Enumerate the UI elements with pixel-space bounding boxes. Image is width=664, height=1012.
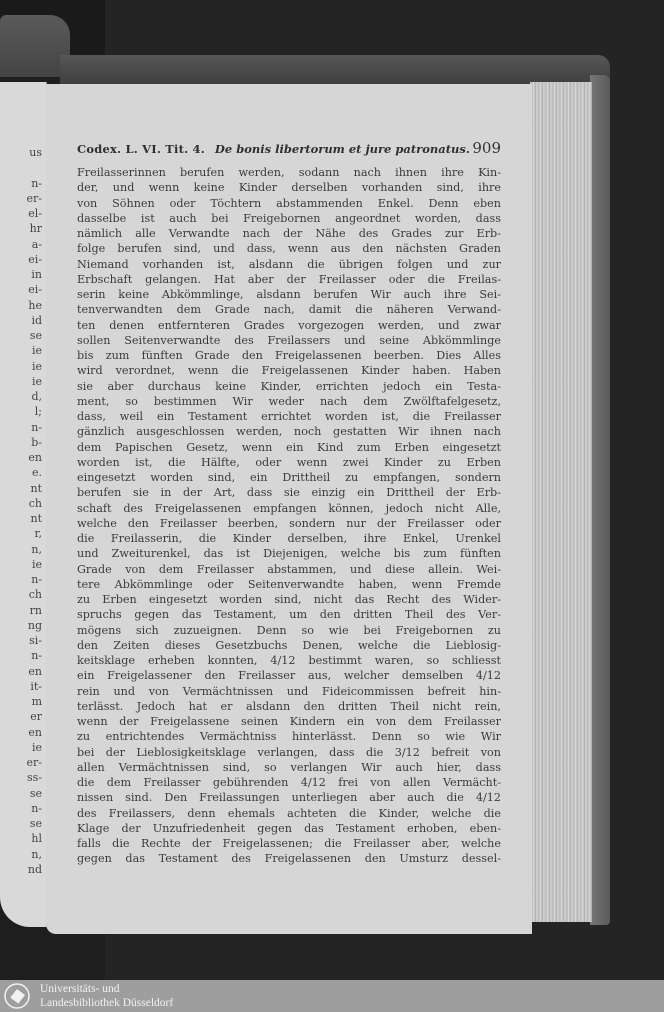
text-line: dem Papischen Gesetz, wenn ein Kind zum … xyxy=(77,440,501,455)
text-line: worden ist, die Hälfte, oder wenn zwei K… xyxy=(77,455,501,470)
text-line: bei der Lieblosigkeitsklage verlangen, d… xyxy=(77,745,501,760)
text-line: die Freilasserin, die Kinder derselben, … xyxy=(77,531,501,546)
text-line: schaft des Freigelassenen empfangen könn… xyxy=(77,501,501,516)
text-line: allen Vermächtnissen sind, so verlangen … xyxy=(77,760,501,775)
text-line: der, und wenn keine Kinder derselben vor… xyxy=(77,180,501,195)
text-line: die dem Freilasser gebührenden 4/12 frei… xyxy=(77,775,501,790)
library-name: Universitäts- und Landesbibliothek Düsse… xyxy=(40,982,173,1010)
text-line: spruchs gegen das Testament, um den drit… xyxy=(77,607,501,622)
text-line: sollen Seitenverwandte des Freilassers u… xyxy=(77,333,501,348)
text-line: wird verordnet, wenn die Freigelassenen … xyxy=(77,363,501,378)
text-line: terlässt. Jedoch hat er alsdann den drit… xyxy=(77,699,501,714)
text-line: den Zeiten dieses Gesetzbuchs Denen, wel… xyxy=(77,638,501,653)
text-line: folge berufen sind, und dass, wenn aus d… xyxy=(77,241,501,256)
text-line: Grade von dem Freilasser abstammen, und … xyxy=(77,562,501,577)
text-line: serin keine Abkömmlinge, alsdann berufen… xyxy=(77,287,501,302)
text-line: zu entrichtendes Vermächtniss hinterläss… xyxy=(77,729,501,744)
left-page-fragment: us xyxy=(29,144,42,161)
text-line: des Freilassers, denn ehemals achteten d… xyxy=(77,806,501,821)
text-line: Freilasserinnen berufen werden, sodann n… xyxy=(77,165,501,180)
text-line: keitsklage erheben konnten, 4/12 bestimm… xyxy=(77,653,501,668)
text-line: mögens sich zuzueignen. Denn so wie bei … xyxy=(77,623,501,638)
text-line: berufen sie in der Art, dass sie einzig … xyxy=(77,485,501,500)
text-line: sie aber durchaus keine Kinder, errichte… xyxy=(77,379,501,394)
text-line: welche den Freilasser beerben, sondern n… xyxy=(77,516,501,531)
library-name-line2: Landesbibliothek Düsseldorf xyxy=(40,996,173,1010)
text-line: nissen sind. Den Freilassungen unterlieg… xyxy=(77,790,501,805)
book-cover-right xyxy=(590,75,610,925)
text-line: ein Freigelassener den Freilasser aus, w… xyxy=(77,668,501,683)
book-icon xyxy=(4,983,30,1009)
right-page: Codex. L. VI. Tit. 4. De bonis libertoru… xyxy=(46,84,532,934)
text-line: Erbschaft gelangen. Hat aber der Freilas… xyxy=(77,272,501,287)
page-number: 909 xyxy=(472,139,501,157)
left-page-edge: usn-er-el-hra-ei-inei-heidseieieied,l;n-… xyxy=(0,82,47,927)
text-line: zu Erben eingesetzt worden sind, nicht d… xyxy=(77,592,501,607)
text-line: tere Abkömmlinge oder Seitenverwandte ha… xyxy=(77,577,501,592)
body-text: Freilasserinnen berufen werden, sodann n… xyxy=(77,165,501,867)
text-line: nämlich alle Verwandte nach der Nähe des… xyxy=(77,226,501,241)
book-cover-top xyxy=(60,55,610,85)
text-line: und Zweiturenkel, das ist Diejenigen, we… xyxy=(77,546,501,561)
running-head-title: De bonis libertorum et jure patronatus. xyxy=(215,142,470,156)
text-line: dasselbe ist auch bei Freigebornen angeo… xyxy=(77,211,501,226)
text-line: Niemand vorhanden ist, alsdann die übrig… xyxy=(77,257,501,272)
page-edges xyxy=(530,82,592,922)
text-line: ment, so bestimmen Wir weder nach dem Zw… xyxy=(77,394,501,409)
library-name-line1: Universitäts- und xyxy=(40,982,173,996)
text-line: gänzlich ausgeschlossen werden, noch ges… xyxy=(77,424,501,439)
text-line: bis zum fünften Grade den Freigelassenen… xyxy=(77,348,501,363)
running-head: Codex. L. VI. Tit. 4. De bonis libertoru… xyxy=(77,139,501,157)
text-line: rein und von Vermächtnissen und Fideicom… xyxy=(77,684,501,699)
text-line: ten denen entfernteren Grades vorgezogen… xyxy=(77,318,501,333)
text-line: dass, weil ein Testament errichtet worde… xyxy=(77,409,501,424)
text-line: falls die Rechte der Freigelassenen; die… xyxy=(77,836,501,851)
running-head-left: Codex. L. VI. Tit. 4. xyxy=(77,142,205,156)
left-page-fragment: nd xyxy=(28,861,42,878)
footer-banner: Universitäts- und Landesbibliothek Düsse… xyxy=(0,980,664,1012)
text-line: Klage der Unzufriedenheit gegen das Test… xyxy=(77,821,501,836)
text-line: tenverwandten dem Grade nach, damit die … xyxy=(77,302,501,317)
text-line: gegen das Testament des Freigelassenen d… xyxy=(77,851,501,866)
text-line: wenn der Freigelassene seinen Kindern ei… xyxy=(77,714,501,729)
text-line: eingesetzt worden sind, ein Drittheil zu… xyxy=(77,470,501,485)
text-line: von Söhnen oder Töchtern abstammenden En… xyxy=(77,196,501,211)
